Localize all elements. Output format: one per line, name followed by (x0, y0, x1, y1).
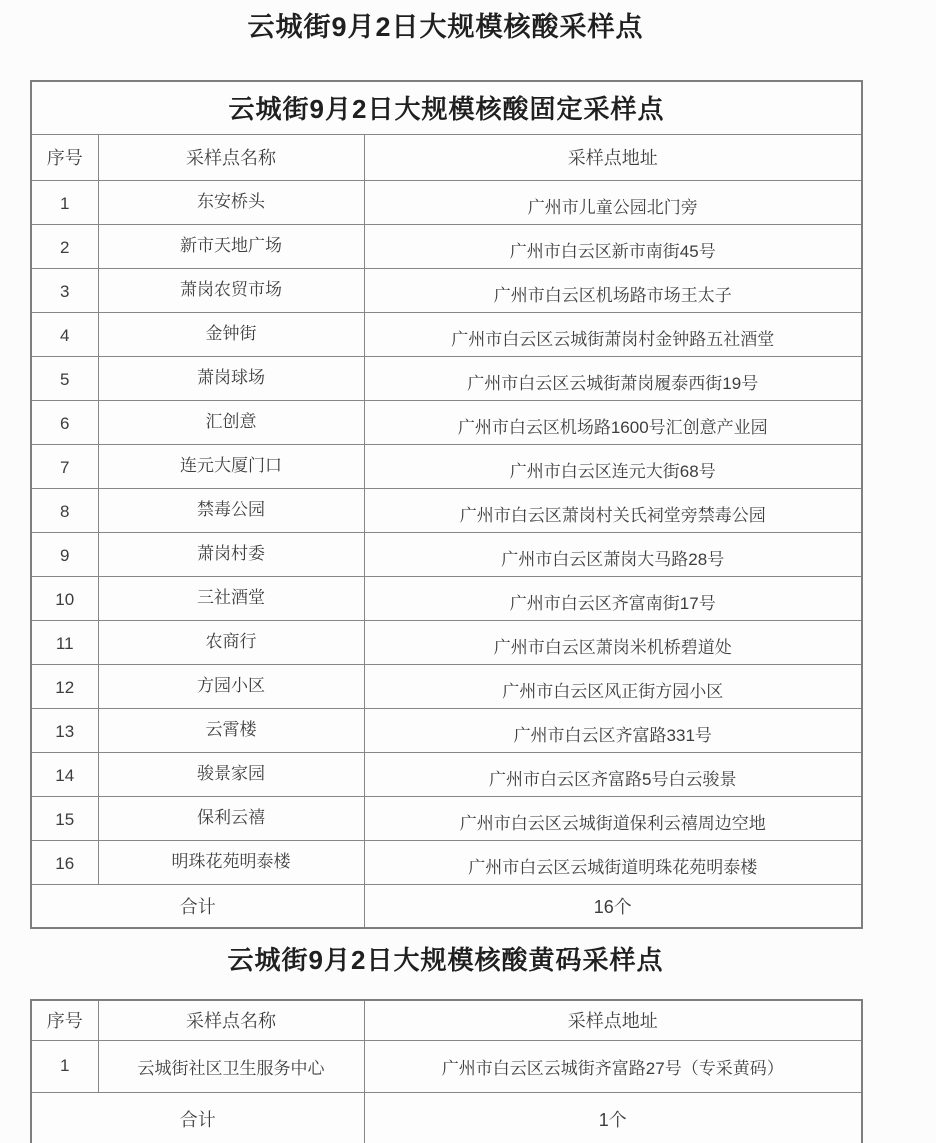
table-row: 1 云城街社区卫生服务中心 广州市白云区云城街齐富路27号（专采黄码） (31, 1040, 862, 1092)
row-name-cell: 云霄楼 (98, 708, 364, 752)
row-index-cell: 13 (31, 708, 98, 752)
column-header-index: 序号 (31, 134, 98, 180)
row-address-cell: 广州市白云区齐富路5号白云骏景 (364, 752, 862, 796)
table-row: 15 保利云禧 广州市白云区云城街道保利云禧周边空地 (31, 796, 862, 840)
row-name-cell: 连元大厦门口 (98, 444, 364, 488)
row-address-cell: 广州市白云区云城街齐富路27号（专采黄码） (364, 1040, 862, 1092)
fixed-table-title: 云城街9月2日大规模核酸固定采样点 (31, 81, 862, 134)
table-row: 2 新市天地广场 广州市白云区新市南街45号 (31, 224, 862, 268)
table-row: 5 萧岗球场 广州市白云区云城街萧岗履泰西街19号 (31, 356, 862, 400)
table-title-row: 云城街9月2日大规模核酸固定采样点 (31, 81, 862, 134)
row-index-cell: 1 (31, 1040, 98, 1092)
table-row: 8 禁毒公园 广州市白云区萧岗村关氏祠堂旁禁毒公园 (31, 488, 862, 532)
table-row: 11 农商行 广州市白云区萧岗米机桥碧道处 (31, 620, 862, 664)
row-name-cell: 金钟街 (98, 312, 364, 356)
table-row: 1 东安桥头 广州市儿童公园北门旁 (31, 180, 862, 224)
row-address-cell: 广州市白云区连元大街68号 (364, 444, 862, 488)
fixed-table-total-row: 合计 16个 (31, 884, 862, 928)
row-address-cell: 广州市白云区齐富路331号 (364, 708, 862, 752)
column-header-address: 采样点地址 (364, 1000, 862, 1040)
row-address-cell: 广州市儿童公园北门旁 (364, 180, 862, 224)
row-index-cell: 15 (31, 796, 98, 840)
row-address-cell: 广州市白云区萧岗村关氏祠堂旁禁毒公园 (364, 488, 862, 532)
table-header-row: 序号 采样点名称 采样点地址 (31, 134, 862, 180)
table-row: 10 三社酒堂 广州市白云区齐富南街17号 (31, 576, 862, 620)
row-address-cell: 广州市白云区新市南街45号 (364, 224, 862, 268)
total-value: 1个 (364, 1092, 862, 1143)
total-value: 16个 (364, 884, 862, 928)
row-index-cell: 4 (31, 312, 98, 356)
row-name-cell: 骏景家园 (98, 752, 364, 796)
row-address-cell: 广州市白云区机场路1600号汇创意产业园 (364, 400, 862, 444)
table-row: 6 汇创意 广州市白云区机场路1600号汇创意产业园 (31, 400, 862, 444)
row-address-cell: 广州市白云区机场路市场王太子 (364, 268, 862, 312)
row-address-cell: 广州市白云区风正街方园小区 (364, 664, 862, 708)
row-index-cell: 3 (31, 268, 98, 312)
column-header-name: 采样点名称 (98, 1000, 364, 1040)
row-index-cell: 11 (31, 620, 98, 664)
row-index-cell: 9 (31, 532, 98, 576)
fixed-table-body: 1 东安桥头 广州市儿童公园北门旁 2 新市天地广场 广州市白云区新市南街45号… (31, 180, 862, 884)
table-row: 14 骏景家园 广州市白云区齐富路5号白云骏景 (31, 752, 862, 796)
yellow-table-body: 1 云城街社区卫生服务中心 广州市白云区云城街齐富路27号（专采黄码） (31, 1040, 862, 1092)
table-row: 4 金钟街 广州市白云区云城街萧岗村金钟路五社酒堂 (31, 312, 862, 356)
total-label: 合计 (31, 884, 364, 928)
row-index-cell: 12 (31, 664, 98, 708)
row-name-cell: 保利云禧 (98, 796, 364, 840)
row-index-cell: 7 (31, 444, 98, 488)
yellow-code-sampling-points-table: 序号 采样点名称 采样点地址 1 云城街社区卫生服务中心 广州市白云区云城街齐富… (30, 999, 863, 1143)
row-address-cell: 广州市白云区云城街道明珠花苑明泰楼 (364, 840, 862, 884)
fixed-sampling-points-table: 云城街9月2日大规模核酸固定采样点 序号 采样点名称 采样点地址 1 东安桥头 … (30, 80, 863, 929)
row-name-cell: 三社酒堂 (98, 576, 364, 620)
row-name-cell: 汇创意 (98, 400, 364, 444)
row-address-cell: 广州市白云区云城街萧岗履泰西街19号 (364, 356, 862, 400)
row-index-cell: 8 (31, 488, 98, 532)
row-address-cell: 广州市白云区萧岗大马路28号 (364, 532, 862, 576)
row-name-cell: 农商行 (98, 620, 364, 664)
table-row: 9 萧岗村委 广州市白云区萧岗大马路28号 (31, 532, 862, 576)
row-name-cell: 萧岗球场 (98, 356, 364, 400)
total-label: 合计 (31, 1092, 364, 1143)
row-index-cell: 6 (31, 400, 98, 444)
column-header-index: 序号 (31, 1000, 98, 1040)
row-address-cell: 广州市白云区齐富南街17号 (364, 576, 862, 620)
table-row: 3 萧岗农贸市场 广州市白云区机场路市场王太子 (31, 268, 862, 312)
row-index-cell: 16 (31, 840, 98, 884)
row-name-cell: 云城街社区卫生服务中心 (98, 1040, 364, 1092)
table-row: 13 云霄楼 广州市白云区齐富路331号 (31, 708, 862, 752)
table-row: 12 方园小区 广州市白云区风正街方园小区 (31, 664, 862, 708)
yellow-table-total-row: 合计 1个 (31, 1092, 862, 1143)
table-row: 7 连元大厦门口 广州市白云区连元大街68号 (31, 444, 862, 488)
table-header-row: 序号 采样点名称 采样点地址 (31, 1000, 862, 1040)
row-name-cell: 新市天地广场 (98, 224, 364, 268)
row-address-cell: 广州市白云区云城街道保利云禧周边空地 (364, 796, 862, 840)
page-title: 云城街9月2日大规模核酸采样点 (30, 0, 861, 44)
row-name-cell: 方园小区 (98, 664, 364, 708)
row-index-cell: 2 (31, 224, 98, 268)
row-index-cell: 1 (31, 180, 98, 224)
row-index-cell: 5 (31, 356, 98, 400)
column-header-address: 采样点地址 (364, 134, 862, 180)
row-index-cell: 14 (31, 752, 98, 796)
row-name-cell: 禁毒公园 (98, 488, 364, 532)
yellow-section-title: 云城街9月2日大规模核酸黄码采样点 (30, 929, 861, 999)
row-name-cell: 东安桥头 (98, 180, 364, 224)
row-index-cell: 10 (31, 576, 98, 620)
column-header-name: 采样点名称 (98, 134, 364, 180)
row-name-cell: 萧岗村委 (98, 532, 364, 576)
row-address-cell: 广州市白云区萧岗米机桥碧道处 (364, 620, 862, 664)
table-row: 16 明珠花苑明泰楼 广州市白云区云城街道明珠花苑明泰楼 (31, 840, 862, 884)
document-page: 云城街9月2日大规模核酸采样点 云城街9月2日大规模核酸固定采样点 序号 采样点… (0, 0, 936, 1143)
row-address-cell: 广州市白云区云城街萧岗村金钟路五社酒堂 (364, 312, 862, 356)
row-name-cell: 萧岗农贸市场 (98, 268, 364, 312)
row-name-cell: 明珠花苑明泰楼 (98, 840, 364, 884)
